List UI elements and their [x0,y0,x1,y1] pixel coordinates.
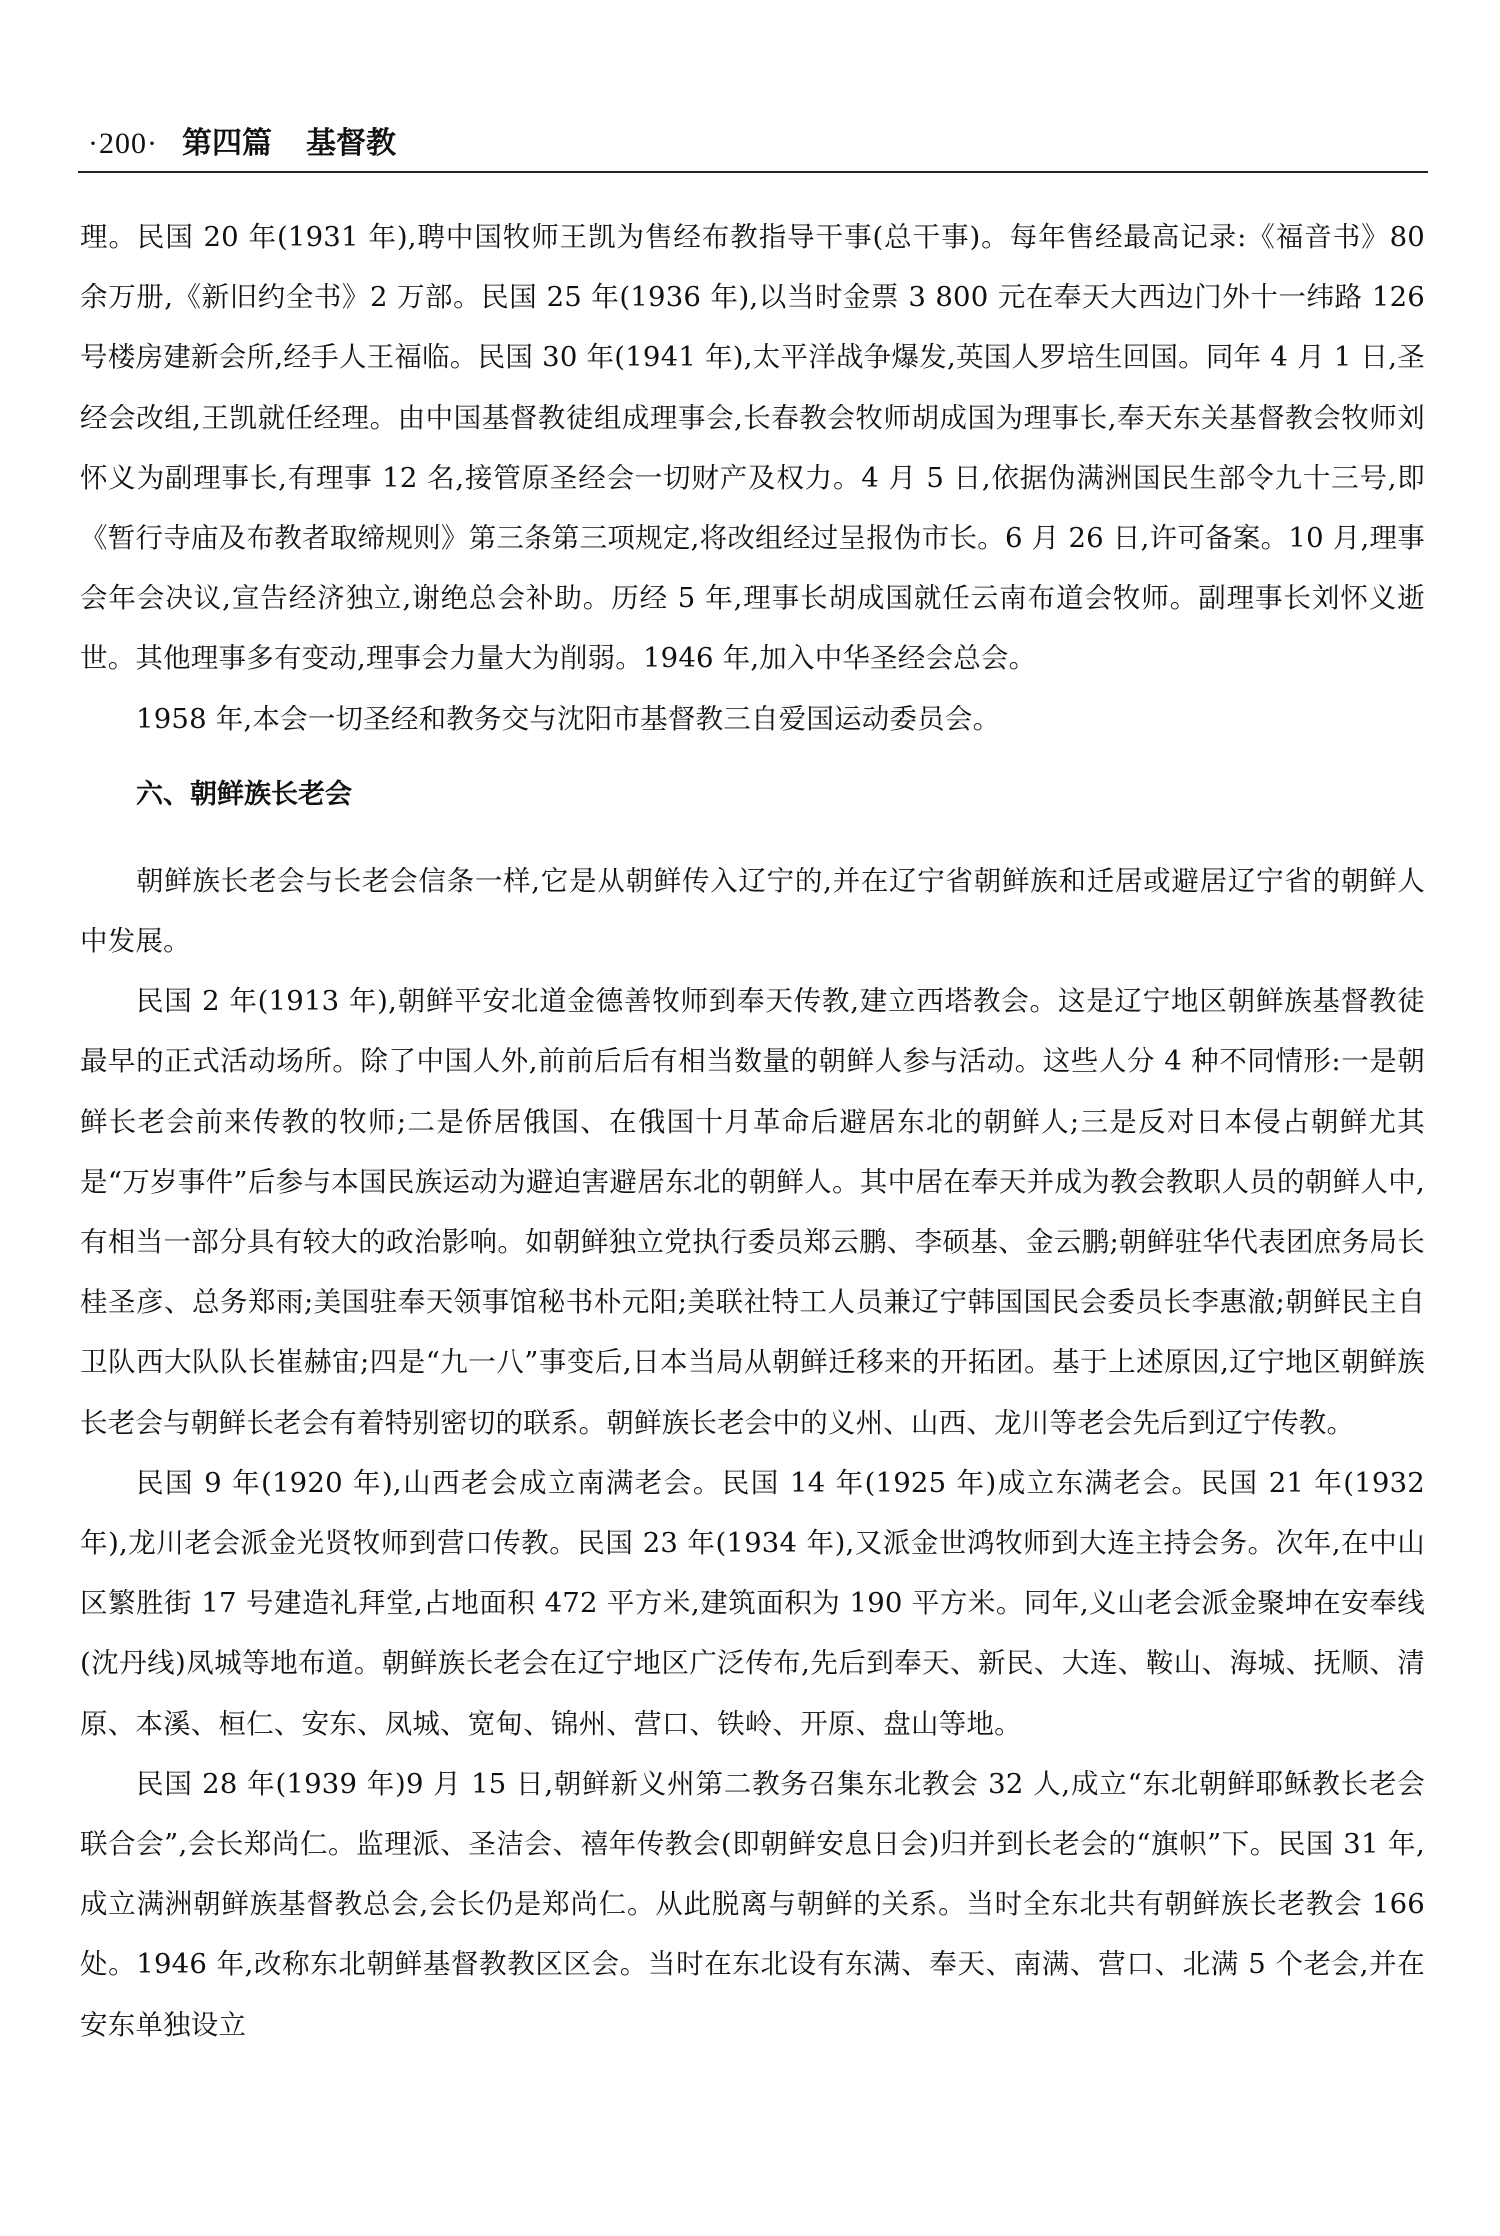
page-number: ·200· [88,127,158,161]
body-text: 理。民国 20 年(1931 年),聘中国牧师王凯为售经布教指导干事(总干事)。… [80,207,1425,2055]
paragraph: 1958 年,本会一切圣经和教务交与沈阳市基督教三自爱国运动委员会。 [80,689,1425,749]
paragraph: 民国 9 年(1920 年),山西老会成立南满老会。民国 14 年(1925 年… [80,1453,1425,1754]
header-rule-divider [78,171,1428,173]
part-title: 基督教 [306,118,396,162]
paragraph: 民国 28 年(1939 年)9 月 15 日,朝鲜新义州第二教务召集东北教会 … [80,1754,1425,2055]
paragraph: 民国 2 年(1913 年),朝鲜平安北道金德善牧师到奉天传教,建立西塔教会。这… [80,971,1425,1453]
paragraph: 朝鲜族长老会与长老会信条一样,它是从朝鲜传入辽宁的,并在辽宁省朝鲜族和迁居或避居… [80,851,1425,971]
part-label: 第四篇 [182,118,272,162]
running-header: ·200· 第四篇 基督教 [88,118,1423,170]
paragraph: 理。民国 20 年(1931 年),聘中国牧师王凯为售经布教指导干事(总干事)。… [80,207,1425,689]
section-heading: 六、朝鲜族长老会 [136,773,1425,817]
